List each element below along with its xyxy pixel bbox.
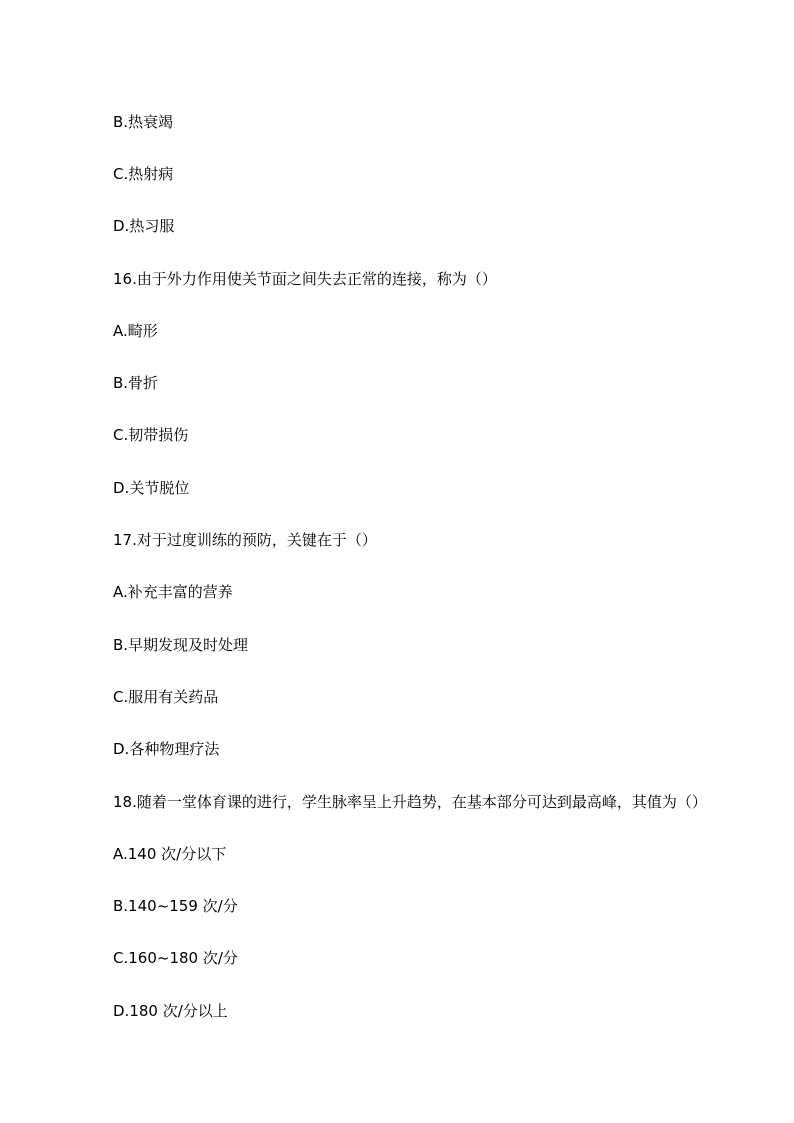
option-text: C.160~180 次/分 bbox=[113, 933, 754, 985]
question-text: 16.由于外力作用使关节面之间失去正常的连接，称为（） bbox=[113, 253, 754, 305]
option-text: B.早期发现及时处理 bbox=[113, 619, 754, 671]
option-text: C.服用有关药品 bbox=[113, 671, 754, 723]
option-text: D.180 次/分以上 bbox=[113, 985, 754, 1037]
exam-questions-block: B.热衰竭C.热射病D.热习服16.由于外力作用使关节面之间失去正常的连接，称为… bbox=[113, 96, 754, 1037]
option-text: C.韧带损伤 bbox=[113, 410, 754, 462]
question-text: 17.对于过度训练的预防，关键在于（） bbox=[113, 514, 754, 566]
option-text: A.140 次/分以下 bbox=[113, 828, 754, 880]
option-text: C.热射病 bbox=[113, 148, 754, 200]
option-text: B.140~159 次/分 bbox=[113, 880, 754, 932]
option-text: A.补充丰富的营养 bbox=[113, 567, 754, 619]
option-text: D.各种物理疗法 bbox=[113, 724, 754, 776]
option-text: D.热习服 bbox=[113, 201, 754, 253]
document-page: B.热衰竭C.热射病D.热习服16.由于外力作用使关节面之间失去正常的连接，称为… bbox=[0, 0, 794, 1123]
option-text: A.畸形 bbox=[113, 305, 754, 357]
option-text: B.骨折 bbox=[113, 357, 754, 409]
question-text: 18.随着一堂体育课的进行，学生脉率呈上升趋势，在基本部分可达到最高峰，其值为（… bbox=[113, 776, 754, 828]
option-text: B.热衰竭 bbox=[113, 96, 754, 148]
option-text: D.关节脱位 bbox=[113, 462, 754, 514]
